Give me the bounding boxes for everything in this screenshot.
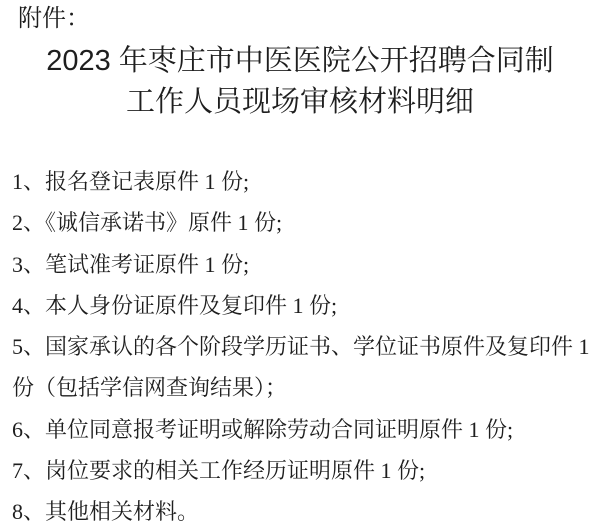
list-item-6: 6、单位同意报考证明或解除劳动合同证明原件 1 份; [12, 409, 590, 450]
list-item-2: 2、《诚信承诺书》原件 1 份; [12, 202, 590, 243]
materials-list: 1、报名登记表原件 1 份; 2、《诚信承诺书》原件 1 份; 3、笔试准考证原… [12, 161, 590, 525]
list-item-7: 7、岗位要求的相关工作经历证明原件 1 份; [12, 450, 590, 491]
list-item-8: 8、其他相关材料。 [12, 491, 590, 525]
attachment-label: 附件： [18, 0, 600, 33]
document-title: 2023 年枣庄市中医医院公开招聘合同制 工作人员现场审核材料明细 [0, 41, 600, 123]
list-item-3: 3、笔试准考证原件 1 份; [12, 244, 590, 285]
document-page: 附件： 2023 年枣庄市中医医院公开招聘合同制 工作人员现场审核材料明细 1、… [0, 0, 600, 525]
document-title-line2: 工作人员现场审核材料明细 [0, 82, 600, 123]
list-item-4: 4、本人身份证原件及复印件 1 份; [12, 285, 590, 326]
document-title-line1: 2023 年枣庄市中医医院公开招聘合同制 [0, 41, 600, 82]
list-item-1: 1、报名登记表原件 1 份; [12, 161, 590, 202]
list-item-5: 5、国家承认的各个阶段学历证书、学位证书原件及复印件 1 份（包括学信网查询结果… [12, 326, 590, 409]
